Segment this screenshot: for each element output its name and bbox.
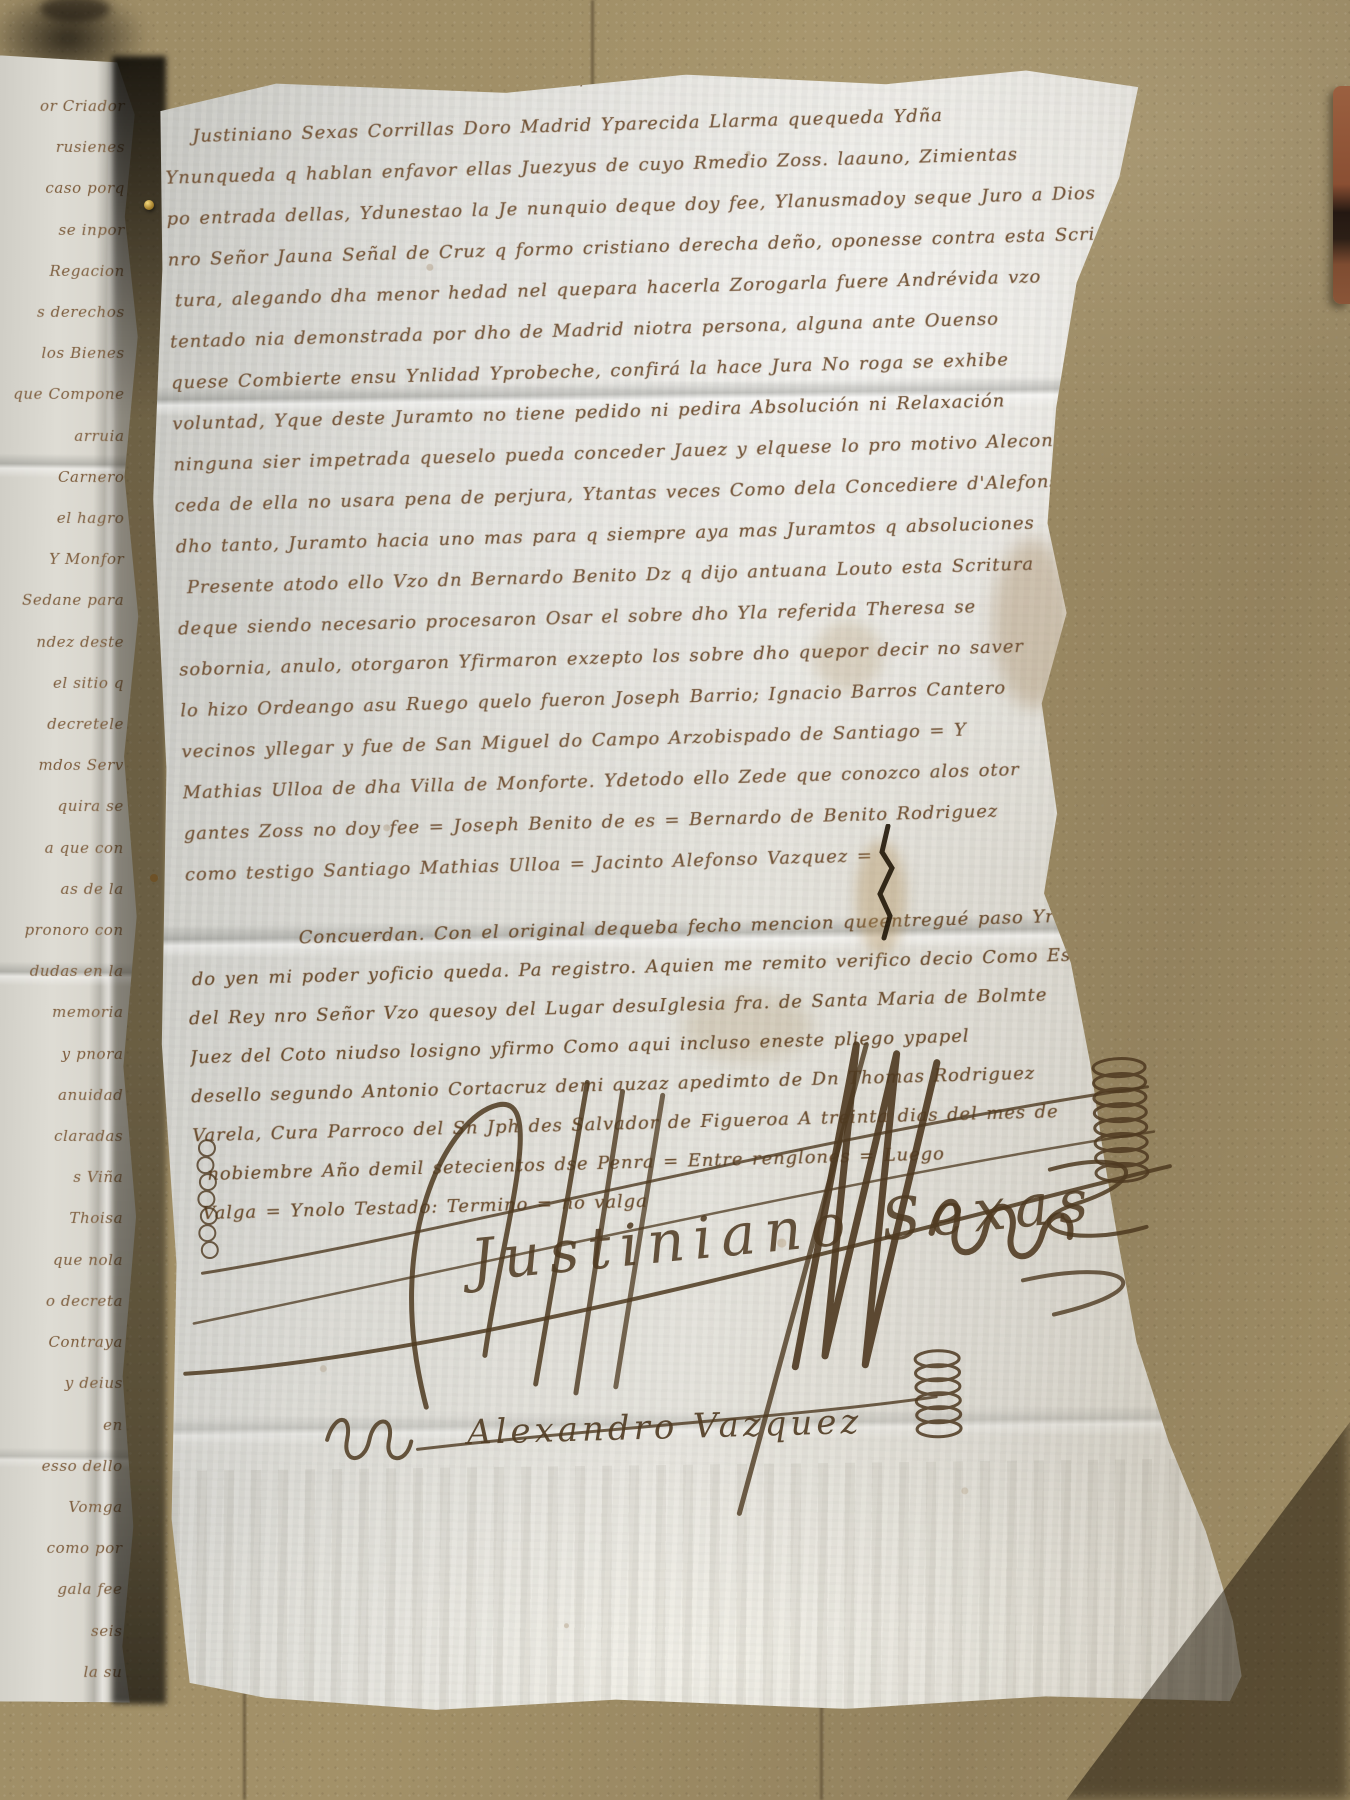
left-page-line: quira se (0, 786, 124, 827)
left-page-line: dudas en la (0, 951, 124, 992)
left-page-line: rusienes (0, 127, 125, 168)
left-page-line: memoria (0, 992, 124, 1033)
left-page-line: anuidad (0, 1075, 123, 1116)
left-page-line: s Viña (0, 1157, 123, 1198)
left-page-line: y deius (0, 1363, 123, 1404)
left-page-line: a que con (0, 827, 124, 868)
left-page-line: Regacion (0, 251, 125, 292)
brass-pin (150, 874, 158, 882)
left-page-line: que nola (0, 1239, 123, 1280)
left-page-line: arruia (0, 415, 125, 456)
left-page-line: as de la (0, 869, 124, 910)
left-page-line: esso dello (0, 1445, 123, 1486)
left-page-line: or Criador (0, 86, 125, 127)
lens-flourish (1023, 1271, 1124, 1315)
left-page-line: Carnero (0, 457, 125, 498)
photo-of-manuscript: or Criadorrusienescaso porqse inporRegac… (0, 0, 1350, 1800)
page-gap-shadow (112, 56, 166, 1704)
left-page-line: Sedane para (0, 580, 124, 621)
left-page-line: Y Monfor (0, 539, 124, 580)
left-page-text: or Criadorrusienescaso porqse inporRegac… (0, 86, 125, 1734)
coil-ornament (915, 1350, 961, 1437)
left-page-line: y pnora (0, 1033, 124, 1074)
left-page-line: pronoro con (0, 910, 124, 951)
left-page-line: se inpor (0, 209, 125, 250)
left-page-line: mdos Serv (0, 745, 124, 786)
signature-flourish-svg: Justiniano Sexas Alexandro Vazquez (163, 916, 1190, 1584)
primary-signature-text: Justiniano Sexas (458, 1166, 1100, 1296)
loop-cluster (327, 1418, 412, 1460)
left-page-line: Thoisa (0, 1198, 123, 1239)
left-page-line: el sitio q (0, 663, 124, 704)
coil-ornament (1093, 1058, 1148, 1182)
left-page-line: Contraya (0, 1322, 123, 1363)
left-page-line: como por (0, 1528, 123, 1569)
left-page-line: s derechos (0, 292, 125, 333)
cardboard-seam (243, 1692, 246, 1800)
left-page-line: o decreta (0, 1281, 123, 1322)
cardboard-seam (591, 0, 594, 96)
brass-pin (144, 200, 154, 210)
chain-ornament (197, 1140, 218, 1258)
left-page-line: claradas (0, 1116, 123, 1157)
left-page-line: gala fee (0, 1569, 123, 1610)
left-page-line: en (0, 1404, 123, 1445)
left-page-line: los Bienes (0, 333, 125, 374)
left-page-line: Vomga (0, 1487, 123, 1528)
left-page-line: que Compone (0, 374, 125, 415)
left-page-line: decretele (0, 704, 124, 745)
left-page-line: ndez deste (0, 621, 124, 662)
left-page-line: el hagro (0, 498, 124, 539)
left-page-line: seis (0, 1610, 123, 1651)
secondary-signature-text: Alexandro Vazquez (463, 1402, 862, 1453)
background-object-sliver (1333, 86, 1350, 304)
left-page-line: la su (0, 1652, 122, 1693)
left-page-line: caso porq (0, 168, 125, 209)
